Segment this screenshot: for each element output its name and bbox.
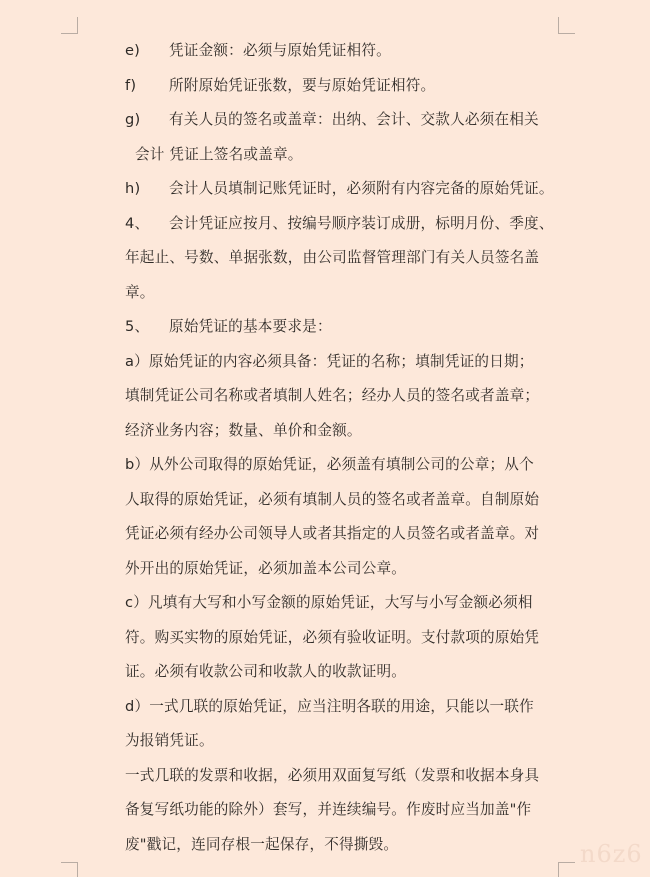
document-page: e) 凭证金额：必须与原始凭证相符。 f) 所附原始凭证张数，要与原始凭证相符。… (0, 0, 650, 877)
watermark: n6z6 (580, 840, 643, 868)
list-item-e: e) 凭证金额：必须与原始凭证相符。 (125, 34, 561, 69)
paragraph-line: 经济业务内容；数量、单价和金额。 (125, 414, 561, 449)
list-item-h: h) 会计人员填制记账凭证时，必须附有内容完备的原始凭证。 (125, 172, 561, 207)
paragraph-line: a）原始凭证的内容必须具备：凭证的名称；填制凭证的日期； (125, 345, 561, 380)
paragraph-line: 凭证必须有经办公司领导人或者其指定的人员签名或者盖章。对 (125, 517, 561, 552)
list-text: 会计人员填制记账凭证时，必须附有内容完备的原始凭证。 (169, 172, 561, 207)
list-label: e) (125, 34, 169, 69)
crop-mark-bottom-left (61, 862, 78, 877)
paragraph-d: d）一式几联的原始凭证，应当注明各联的用途，只能以一联作 为报销凭证。 (125, 690, 561, 759)
paragraph-line: 为报销凭证。 (125, 724, 561, 759)
paragraph-line: 符。购买实物的原始凭证，必须有验收证明。支付款项的原始凭 (125, 621, 561, 656)
paragraph-line: 填制凭证公司名称或者填制人姓名；经办人员的签名或者盖章； (125, 379, 561, 414)
document-body: e) 凭证金额：必须与原始凭证相符。 f) 所附原始凭证张数，要与原始凭证相符。… (125, 34, 561, 862)
section-text: 原始凭证的基本要求是： (169, 310, 561, 345)
paragraph-line: 证。必须有收款公司和收款人的收款证明。 (125, 655, 561, 690)
paragraph-c: c）凡填有大写和小写金额的原始凭证，大写与小写金额必须相 符。购买实物的原始凭证… (125, 586, 561, 690)
list-label: g) (125, 103, 169, 138)
section-4-line: 年起止、号数、单据张数，由公司监督管理部门有关人员签名盖 (125, 241, 561, 276)
list-item-g-continuation: 会计 凭证上签名或盖章。 (125, 138, 561, 173)
section-text: 会计凭证应按月、按编号顺序装订成册，标明月份、季度、 (169, 207, 561, 242)
crop-mark-bottom-right (558, 862, 575, 877)
list-text: 凭证金额：必须与原始凭证相符。 (169, 34, 561, 69)
list-label: f) (125, 69, 169, 104)
list-text: 有关人员的签名或盖章：出纳、会计、交款人必须在相关 (169, 103, 561, 138)
list-item-g: g) 有关人员的签名或盖章：出纳、会计、交款人必须在相关 (125, 103, 561, 138)
paragraph-d-note: 一式几联的发票和收据，必须用双面复写纸（发票和收据本身具 备复写纸功能的除外）套… (125, 759, 561, 863)
paragraph-line: b）从外公司取得的原始凭证，必须盖有填制公司的公章；从个 (125, 448, 561, 483)
section-4-heading: 4、 会计凭证应按月、按编号顺序装订成册，标明月份、季度、 (125, 207, 561, 242)
paragraph-line: 备复写纸功能的除外）套写，并连续编号。作废时应当加盖"作 (125, 793, 561, 828)
list-item-f: f) 所附原始凭证张数，要与原始凭证相符。 (125, 69, 561, 104)
paragraph-line: 废"戳记，连同存根一起保存，不得撕毁。 (125, 828, 561, 863)
list-text: 所附原始凭证张数，要与原始凭证相符。 (169, 69, 561, 104)
list-label: h) (125, 172, 169, 207)
paragraph-line: c）凡填有大写和小写金额的原始凭证，大写与小写金额必须相 (125, 586, 561, 621)
section-number: 4、 (125, 207, 169, 242)
section-5-heading: 5、 原始凭证的基本要求是： (125, 310, 561, 345)
paragraph-line: d）一式几联的原始凭证，应当注明各联的用途，只能以一联作 (125, 690, 561, 725)
section-number: 5、 (125, 310, 169, 345)
paragraph-a: a）原始凭证的内容必须具备：凭证的名称；填制凭证的日期； 填制凭证公司名称或者填… (125, 345, 561, 449)
section-4-line: 章。 (125, 276, 561, 311)
paragraph-line: 一式几联的发票和收据，必须用双面复写纸（发票和收据本身具 (125, 759, 561, 794)
crop-mark-top-right (558, 17, 575, 34)
crop-mark-top-left (61, 17, 78, 34)
paragraph-line: 外开出的原始凭证，必须加盖本公司公章。 (125, 552, 561, 587)
paragraph-b: b）从外公司取得的原始凭证，必须盖有填制公司的公章；从个 人取得的原始凭证，必须… (125, 448, 561, 586)
paragraph-line: 人取得的原始凭证，必须有填制人员的签名或者盖章。自制原始 (125, 483, 561, 518)
